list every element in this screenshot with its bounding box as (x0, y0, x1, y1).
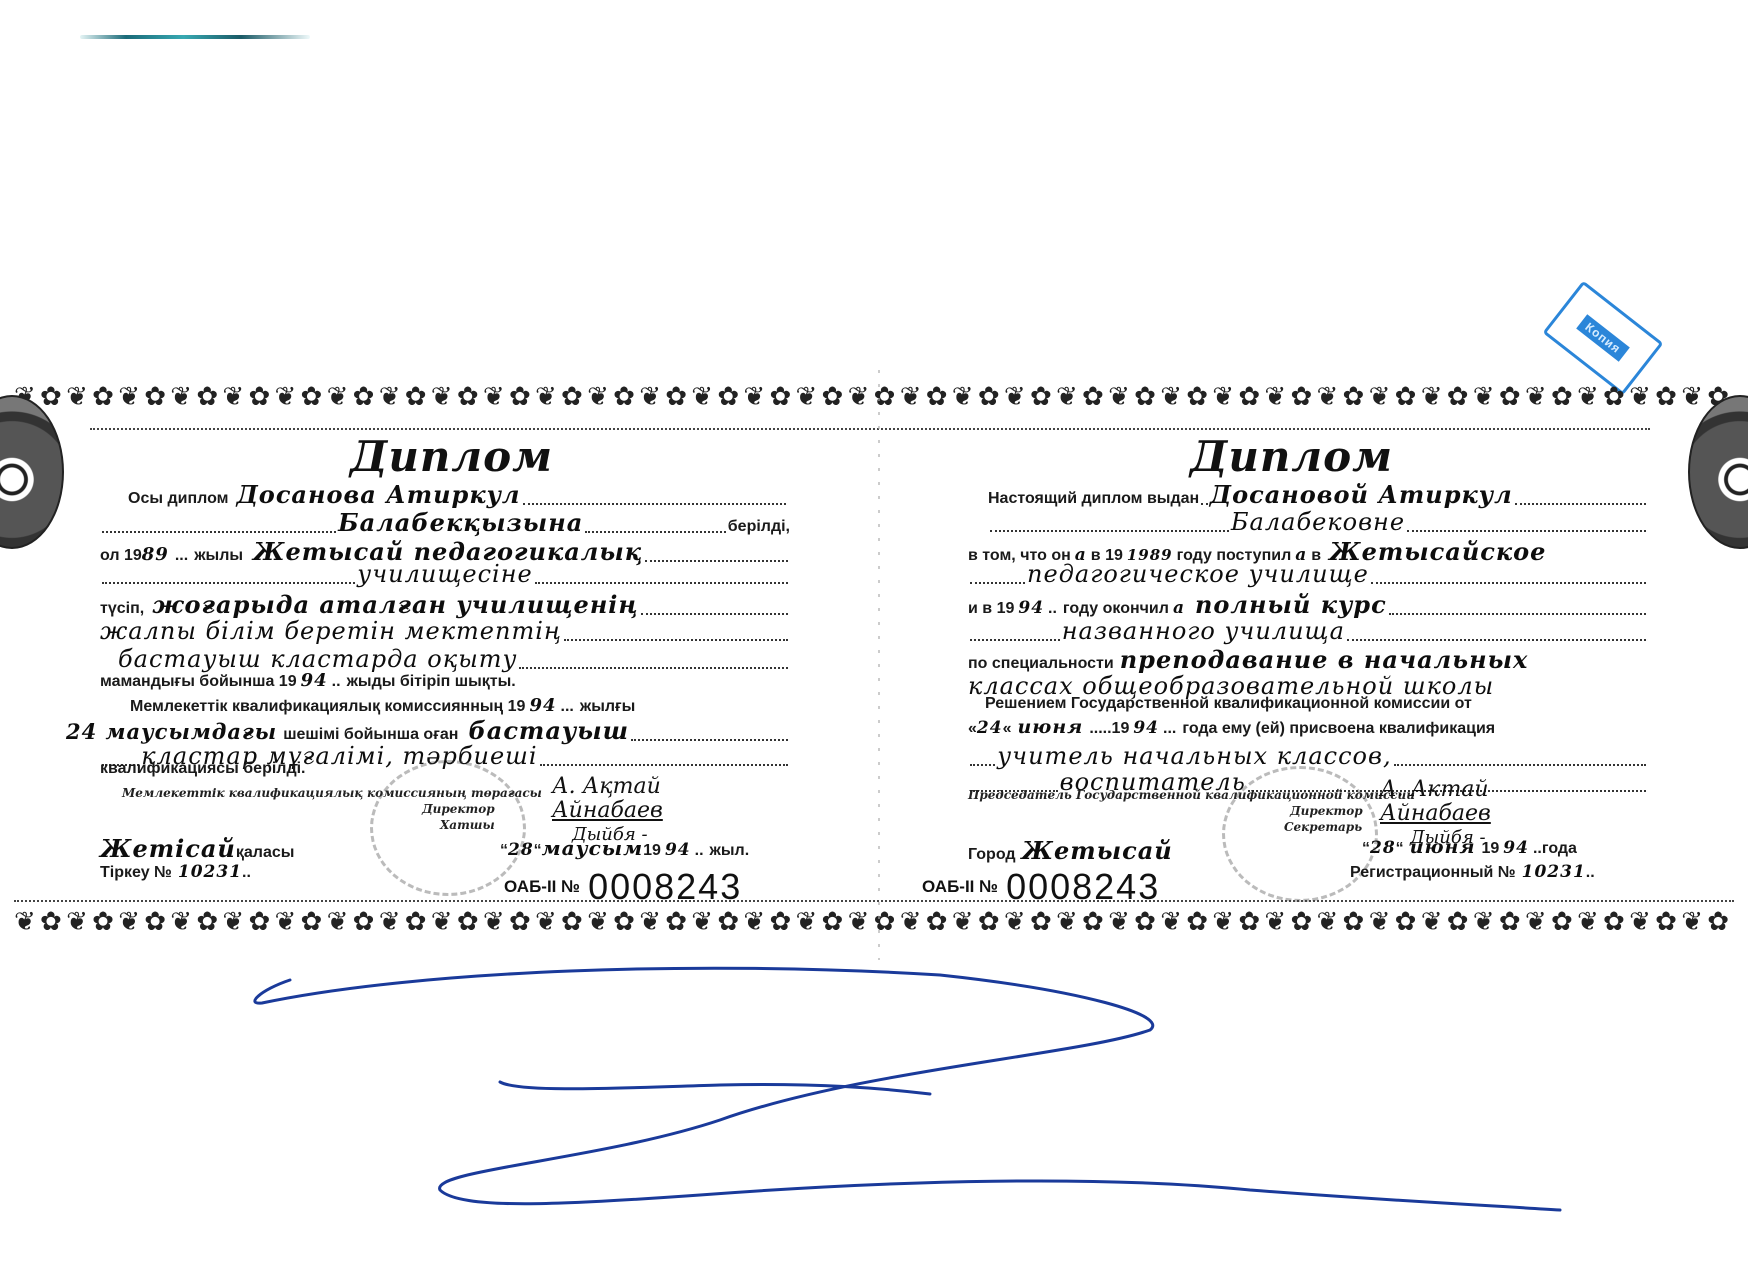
certifying-signature (0, 0, 1748, 1276)
